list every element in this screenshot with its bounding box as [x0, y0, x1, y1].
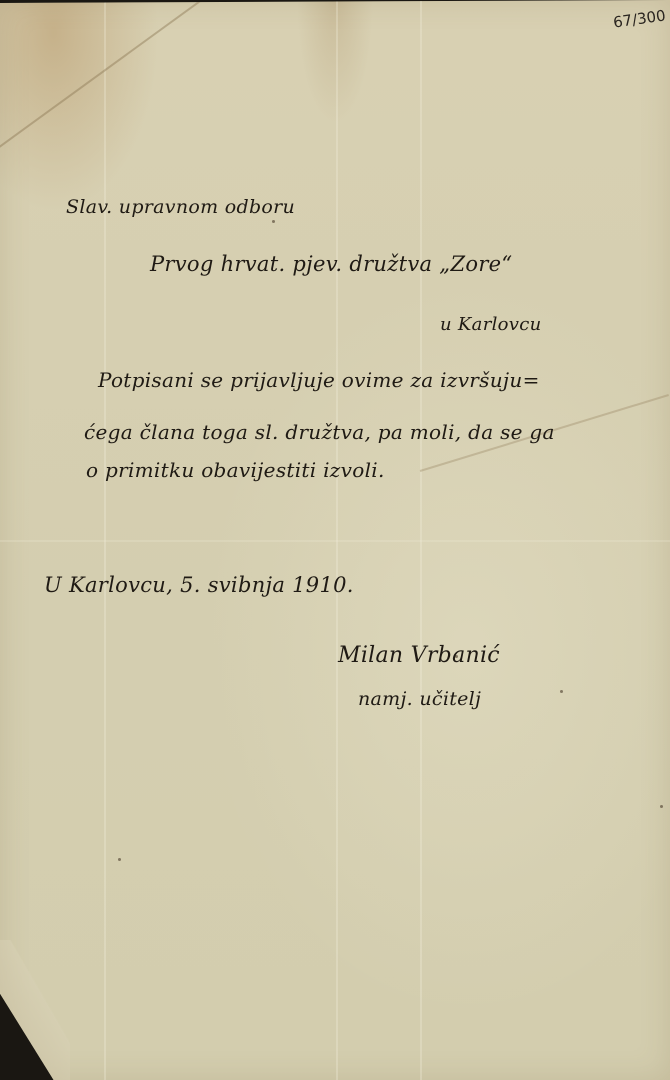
ink-speck: [118, 858, 121, 861]
ink-speck: [272, 220, 275, 223]
date-place-line: U Karlovcu, 5. svibnja 1910.: [44, 573, 354, 597]
diagonal-crease: [0, 0, 353, 162]
ink-speck: [560, 690, 563, 693]
letter-page: 67/300 Slav. upravnom odboru Prvog hrvat…: [0, 0, 670, 1080]
salutation-line: Slav. upravnom odboru: [66, 196, 295, 218]
body-line-3: o primitku obavijestiti izvoli.: [86, 458, 385, 482]
folded-corner: [0, 940, 70, 1080]
signature-name: Milan Vrbanić: [338, 643, 500, 668]
fold-line: [0, 540, 670, 542]
location-line: u Karlovcu: [440, 314, 542, 335]
ink-speck: [660, 805, 663, 808]
addressee-line: Prvog hrvat. pjev. družtva „Zore“: [150, 252, 512, 276]
body-line-1: Potpisani se prijavljuje ovime za izvršu…: [98, 368, 540, 392]
signature-title: namj. učitelj: [358, 688, 481, 710]
archive-number: 67/300: [612, 6, 667, 31]
body-line-2: ćega člana toga sl. družtva, pa moli, da…: [84, 420, 555, 444]
